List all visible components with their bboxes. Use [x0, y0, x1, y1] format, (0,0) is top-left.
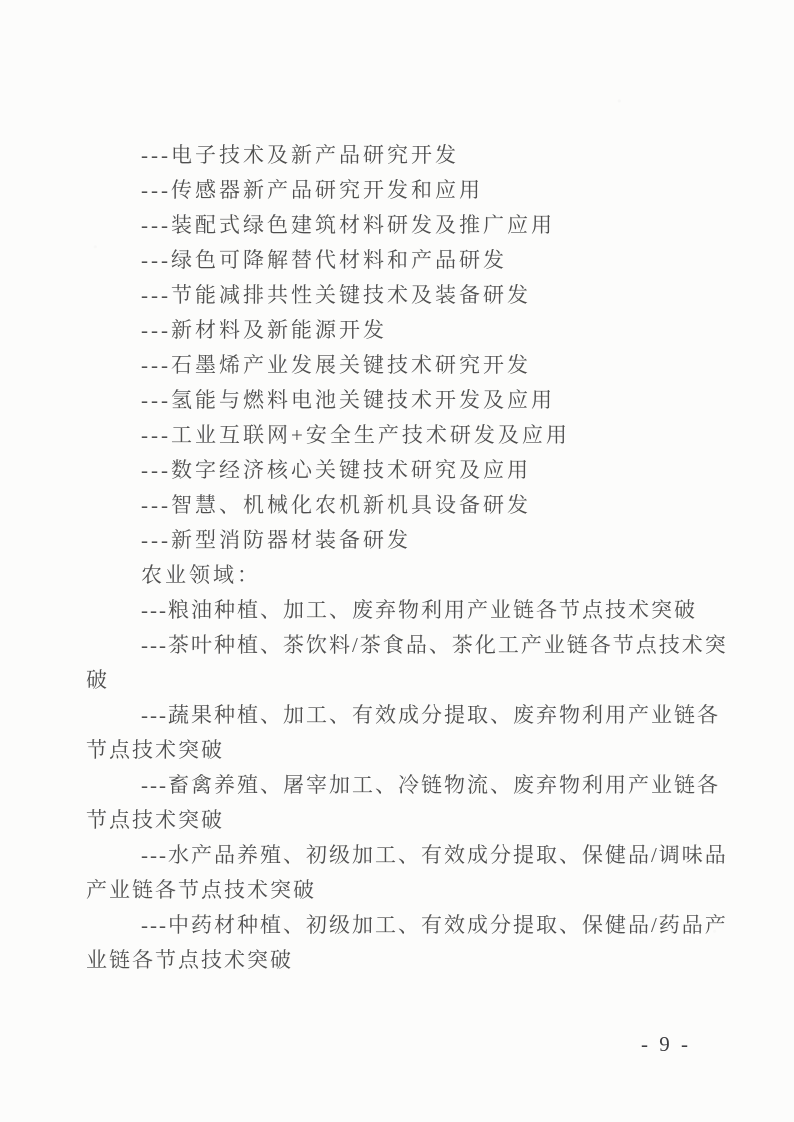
agriculture-item-list: ---粮油种植、加工、废弃物利用产业链各节点技术突破 ---茶叶种植、茶饮料/茶… [86, 593, 734, 978]
industry-item-list: ---电子技术及新产品研究开发 ---传感器新产品研究开发和应用 ---装配式绿… [86, 138, 734, 558]
list-item: ---工业互联网+安全生产技术研发及应用 [86, 418, 734, 453]
list-item: ---水产品养殖、初级加工、有效成分提取、保健品/调味品产业链各节点技术突破 [86, 838, 734, 908]
list-item: ---氢能与燃料电池关键技术开发及应用 [86, 383, 734, 418]
document-body: ---电子技术及新产品研究开发 ---传感器新产品研究开发和应用 ---装配式绿… [86, 138, 734, 978]
list-item: ---畜禽养殖、屠宰加工、冷链物流、废弃物利用产业链各节点技术突破 [86, 768, 734, 838]
list-item: ---数字经济核心关键技术研究及应用 [86, 453, 734, 488]
list-item: ---新型消防器材装备研发 [86, 523, 734, 558]
list-item: ---绿色可降解替代材料和产品研发 [86, 243, 734, 278]
list-item: ---智慧、机械化农机新机具设备研发 [86, 488, 734, 523]
list-item: ---新材料及新能源开发 [86, 313, 734, 348]
list-item: ---粮油种植、加工、废弃物利用产业链各节点技术突破 [86, 593, 734, 628]
list-item: ---电子技术及新产品研究开发 [86, 138, 734, 173]
list-item: ---石墨烯产业发展关键技术研究开发 [86, 348, 734, 383]
agriculture-section-heading: 农业领域： [86, 558, 734, 593]
list-item: ---节能减排共性关键技术及装备研发 [86, 278, 734, 313]
list-item: ---中药材种植、初级加工、有效成分提取、保健品/药品产业链各节点技术突破 [86, 908, 734, 978]
page-number: - 9 - [641, 1032, 691, 1057]
list-item: ---装配式绿色建筑材料研发及推广应用 [86, 208, 734, 243]
list-item: ---传感器新产品研究开发和应用 [86, 173, 734, 208]
list-item: ---蔬果种植、加工、有效成分提取、废弃物利用产业链各节点技术突破 [86, 698, 734, 768]
scanned-document-page: ---电子技术及新产品研究开发 ---传感器新产品研究开发和应用 ---装配式绿… [0, 0, 794, 1122]
list-item: ---茶叶种植、茶饮料/茶食品、茶化工产业链各节点技术突破 [86, 628, 734, 698]
